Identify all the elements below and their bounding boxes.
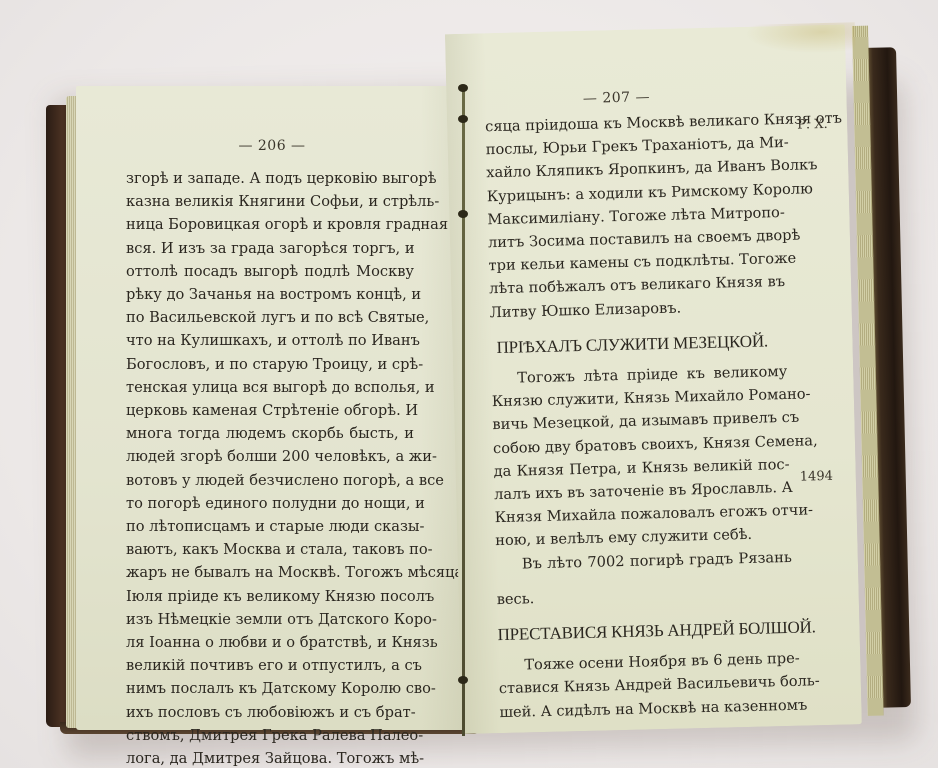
section-heading-andrey: ПРЕСТАВИСЯ КНЯЗЬ АНДРЕЙ БОЛШОЙ.: [497, 616, 793, 646]
binding-stitch: [458, 676, 468, 684]
text-line: рѣку до Зачанья на востромъ концѣ, и: [126, 283, 414, 306]
text-line: ница Боровицкая огорѣ и кровля градная: [126, 213, 414, 236]
margin-note-year: 1494: [800, 469, 833, 485]
text-line: ля Iоанна о любви и о братствѣ, и Князь: [126, 631, 414, 654]
text-line: тенская улица вся выгорѣ до всполья, и: [126, 376, 414, 399]
right-page: — 207 — Р. Х. 1494 сяца прiидоша къ Моск…: [445, 24, 862, 734]
text-line: Iюля прiиде къ великому Князю посолъ: [126, 585, 414, 608]
text-line: многа тогда людемъ скорбь бысть, и: [126, 422, 414, 445]
text-line: что на Кулишкахъ, и оттолѣ по Иванъ: [126, 329, 414, 352]
page-number-right: — 207 —: [446, 84, 846, 110]
text-line: оттолѣ посадъ выгорѣ подлѣ Москву: [126, 260, 414, 283]
text-line: по Васильевской лугъ и по всѣ Святые,: [126, 306, 414, 329]
right-page-body: сяца прiидоша къ Москвѣ великаго Князя о…: [485, 108, 796, 724]
text-line: ихъ пословъ съ любовiюжъ и съ брат-: [126, 701, 414, 724]
margin-note-era: Р. Х.: [797, 117, 828, 133]
text-line: церковь каменая Стрѣтенiе обгорѣ. И: [126, 399, 414, 422]
text-line: по лѣтописцамъ и старые люди сказы-: [126, 515, 414, 538]
text-line: вся. И изъ за града загорѣся торгъ, и: [126, 237, 414, 260]
binding-stitch: [458, 210, 468, 218]
text-line: нимъ послалъ къ Датскому Королю сво-: [126, 677, 414, 700]
left-page: — 206 — згорѣ и западе. А подъ церковiю …: [76, 86, 468, 730]
text-line: вотовъ у людей безчислено погорѣ, а все: [126, 469, 414, 492]
left-page-body: згорѣ и западе. А подъ церковiю выгорѣ к…: [126, 167, 414, 768]
page-number-left: — 206 —: [76, 138, 468, 154]
text-line: ваютъ, какъ Москва и стала, таковъ по-: [126, 538, 414, 561]
text-line: ствомъ, Дмитрея Грека Ралева Палео-: [126, 724, 414, 747]
text-line: великiй почтивъ его и отпустилъ, а съ: [126, 654, 414, 677]
text-line: лога, да Дмитрея Зайцова. Тогожъ мѣ-: [126, 747, 414, 768]
book-gutter: [462, 86, 465, 736]
binding-stitch: [458, 84, 468, 92]
text-line: жаръ не бывалъ на Москвѣ. Тогожъ мѣсяца: [126, 561, 414, 584]
text-line: Богословъ, и по старую Троицу, и срѣ-: [126, 353, 414, 376]
text-line: людей згорѣ болши 200 человѣкъ, а жи-: [126, 445, 414, 468]
text-line: згорѣ и западе. А подъ церковiю выгорѣ: [126, 167, 414, 190]
section-heading-mezetskoy: ПРIѢХАЛЪ СЛУЖИТИ МЕЗЕЦКОЙ.: [496, 329, 786, 359]
text-line: казна великiя Княгини Софьи, и стрѣль-: [126, 190, 414, 213]
text-line: то погорѣ единого полудни до нощи, и: [126, 492, 414, 515]
text-line: изъ Нѣмецкiе земли отъ Датского Коро-: [126, 608, 414, 631]
binding-stitch: [458, 115, 468, 123]
